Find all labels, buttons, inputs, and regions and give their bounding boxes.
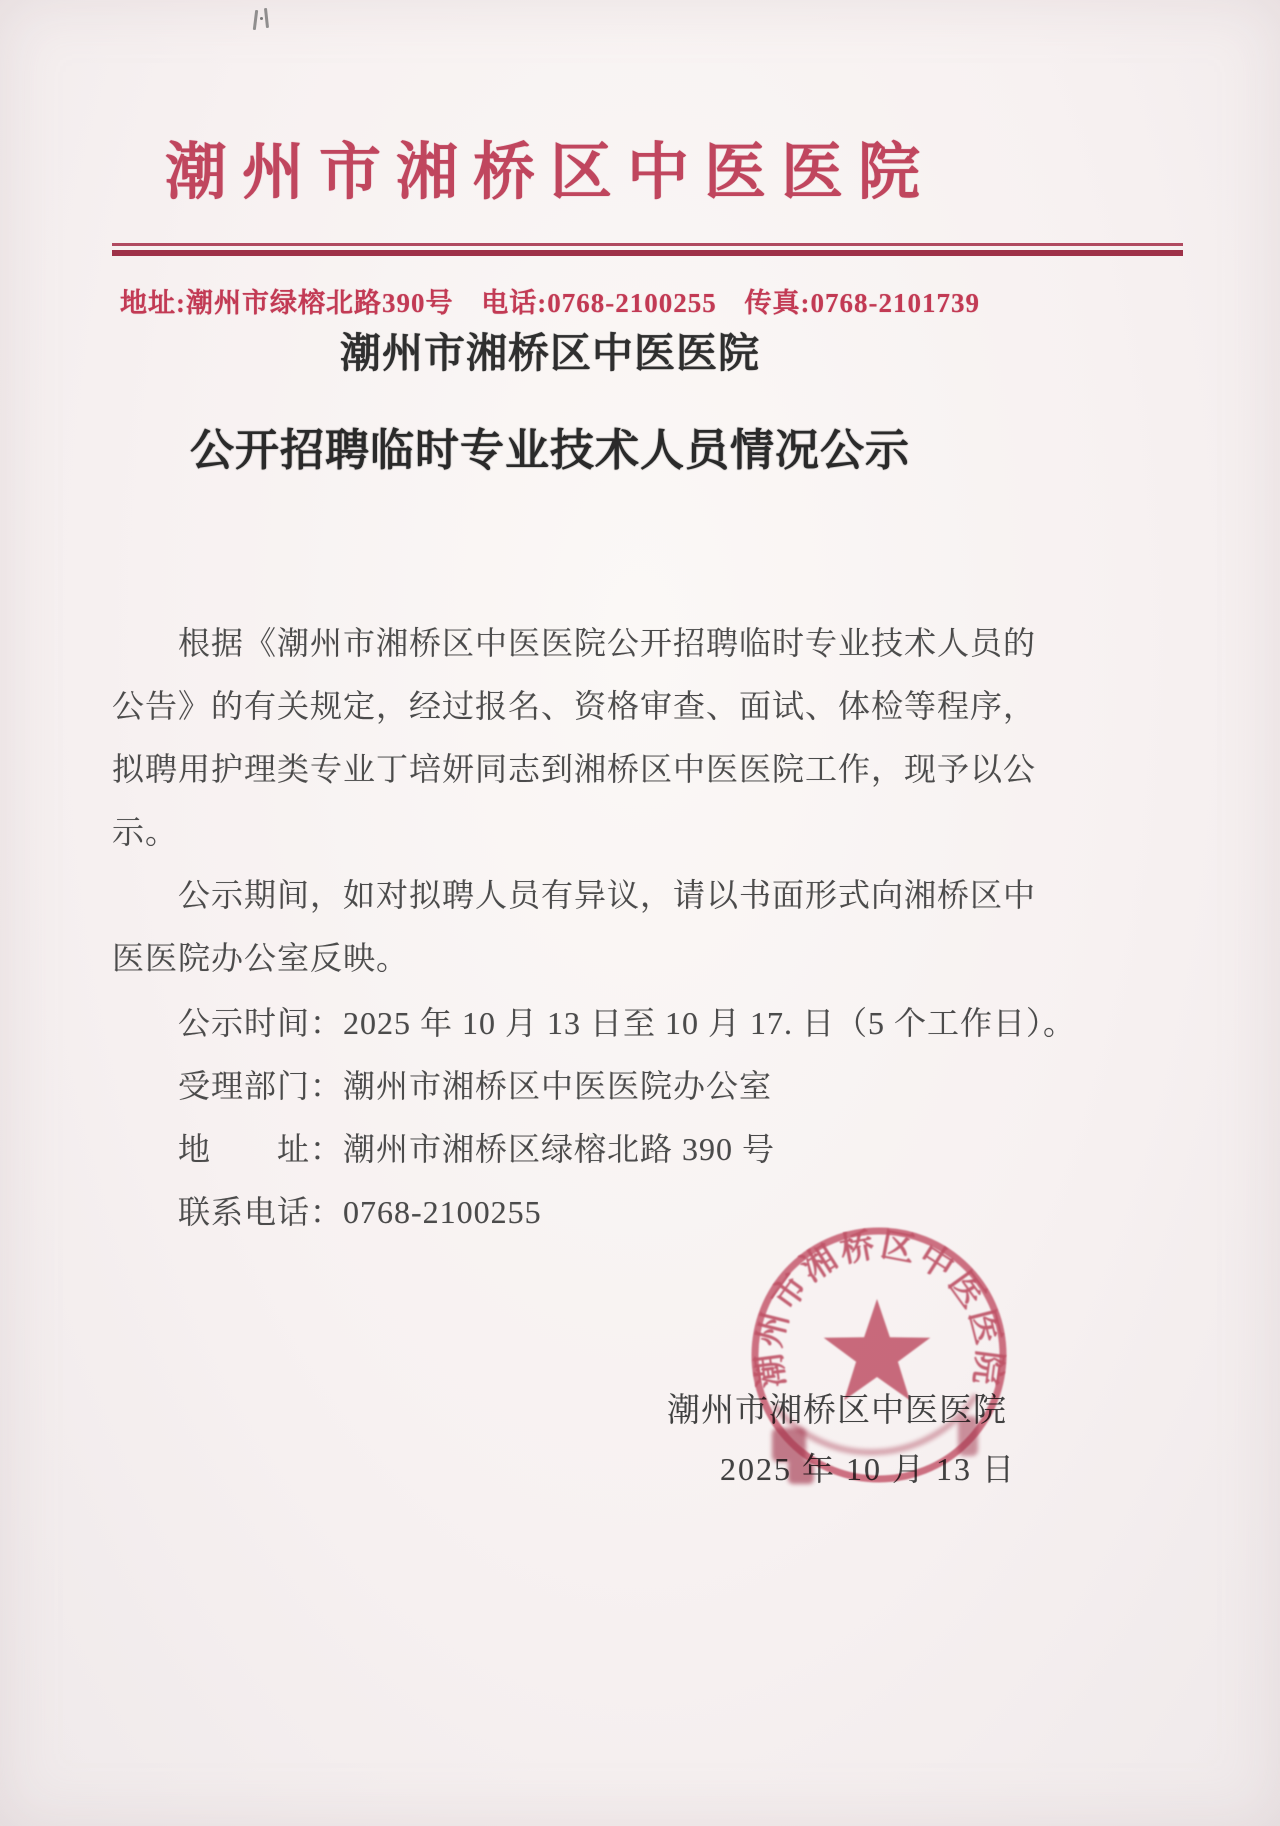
document-subtitle: 公开招聘临时专业技术人员情况公示 — [0, 414, 1100, 478]
letterhead-hospital-name: 潮州市湘桥区中医医院 — [0, 122, 1100, 211]
document-details: 公示时间：2025 年 10 月 13 日至 10 月 17. 日（5 个工作日… — [112, 992, 1042, 1244]
document-page: 潮州市湘桥区中医医院 地址:潮州市绿榕北路390号 电话:0768-210025… — [0, 0, 1280, 1826]
body-line: 公示期间，如对拟聘人员有异议，请以书面形式向湘桥区中 — [112, 864, 1042, 927]
letterhead-contact-line: 地址:潮州市绿榕北路390号 电话:0768-2100255 传真:0768-2… — [0, 281, 1100, 320]
detail-address: 地 址：潮州市湘桥区绿榕北路 390 号 — [112, 1118, 1042, 1181]
detail-accepting-department: 受理部门：潮州市湘桥区中医医院办公室 — [112, 1055, 1042, 1118]
body-line: 医医院办公室反映。 — [112, 927, 1042, 990]
body-line: 公告》的有关规定，经过报名、资格审查、面试、体检等程序， — [112, 675, 1042, 738]
letterhead-address: 地址:潮州市绿榕北路390号 — [120, 288, 454, 318]
document-title: 潮州市湘桥区中医医院 — [0, 320, 1100, 379]
letterhead-divider-thick — [112, 250, 1183, 256]
letterhead-fax: 传真:0768-2101739 — [745, 288, 980, 318]
letterhead-phone: 电话:0768-2100255 — [481, 288, 716, 318]
body-line: 示。 — [112, 801, 1042, 864]
detail-publicity-period: 公示时间：2025 年 10 月 13 日至 10 月 17. 日（5 个工作日… — [112, 992, 1042, 1055]
letterhead-divider-thin — [112, 243, 1183, 246]
document-body: 根据《潮州市湘桥区中医医院公开招聘临时专业技术人员的 公告》的有关规定，经过报名… — [112, 612, 1042, 1244]
body-line: 拟聘用护理类专业丁培妍同志到湘桥区中医医院工作，现予以公 — [112, 738, 1042, 801]
official-seal-stamp: 潮州市湘桥区中医医院 — [744, 1220, 1016, 1502]
seal-star-icon — [824, 1299, 931, 1400]
scan-artifact — [252, 8, 278, 34]
body-line: 根据《潮州市湘桥区中医医院公开招聘临时专业技术人员的 — [112, 612, 1042, 675]
